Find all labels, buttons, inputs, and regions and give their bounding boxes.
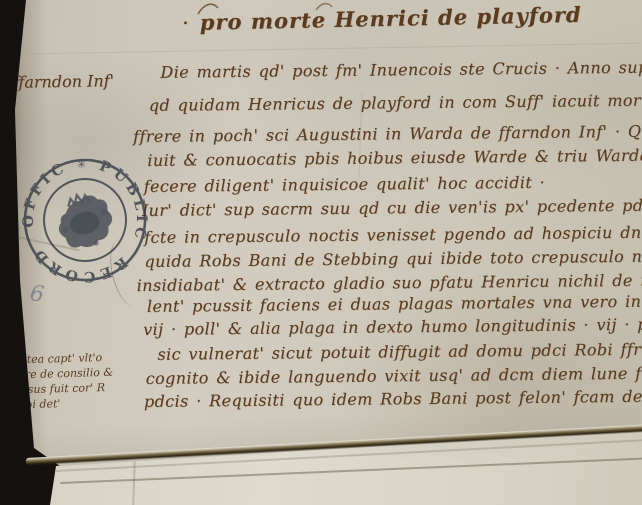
manuscript-line: iuit & conuocatis pbis hoibus eiusde War… — [147, 145, 642, 170]
manuscript-line: cognito & ibide languendo vixit usq' ad … — [146, 363, 642, 388]
manuscript-line: lent' pcussit faciens ei duas plagas mor… — [147, 291, 642, 316]
manuscript-line: Iur' dict' sup sacrm suu qd cu die ven'i… — [142, 195, 642, 220]
manuscript-line: pdcis · Requisiti quo idem Robs Bani pos… — [144, 386, 642, 411]
manuscript-line: fecere diligent' inquisicoe qualit' hoc … — [144, 173, 546, 196]
crest-icon — [52, 188, 118, 253]
margin-note: postea capt' vlt'o p l're de consilio & … — [7, 349, 127, 412]
manuscript-line: qd quidam Henricus de playford in com Su… — [149, 90, 642, 115]
manuscript-line: quida Robs Bani de Stebbing qui ibide to… — [144, 246, 642, 271]
manuscript-line: sic vulnerat' sicut potuit diffugit ad d… — [157, 339, 642, 364]
margin-note-line: p l're de consilio & — [8, 364, 126, 382]
margin-note-line: & ibi det' — [8, 394, 126, 412]
crease-line — [60, 457, 642, 484]
manuscript-line: vij · poll' & alia plaga in dexto humo l… — [143, 314, 642, 339]
manuscript-photo: ·pro morte Henrici de playford ffarndon … — [0, 0, 642, 505]
manuscript-line: Die martis qd' post fm' Inuencois ste Cr… — [160, 57, 642, 82]
manuscript-line: ffrere in poch' sci Augustini in Warda d… — [133, 121, 642, 146]
manuscript-line: fcte in crepusculo noctis venisset pgend… — [144, 222, 642, 247]
manuscript-line: insidiabat' & extracto gladio suo pfatu … — [137, 270, 642, 295]
